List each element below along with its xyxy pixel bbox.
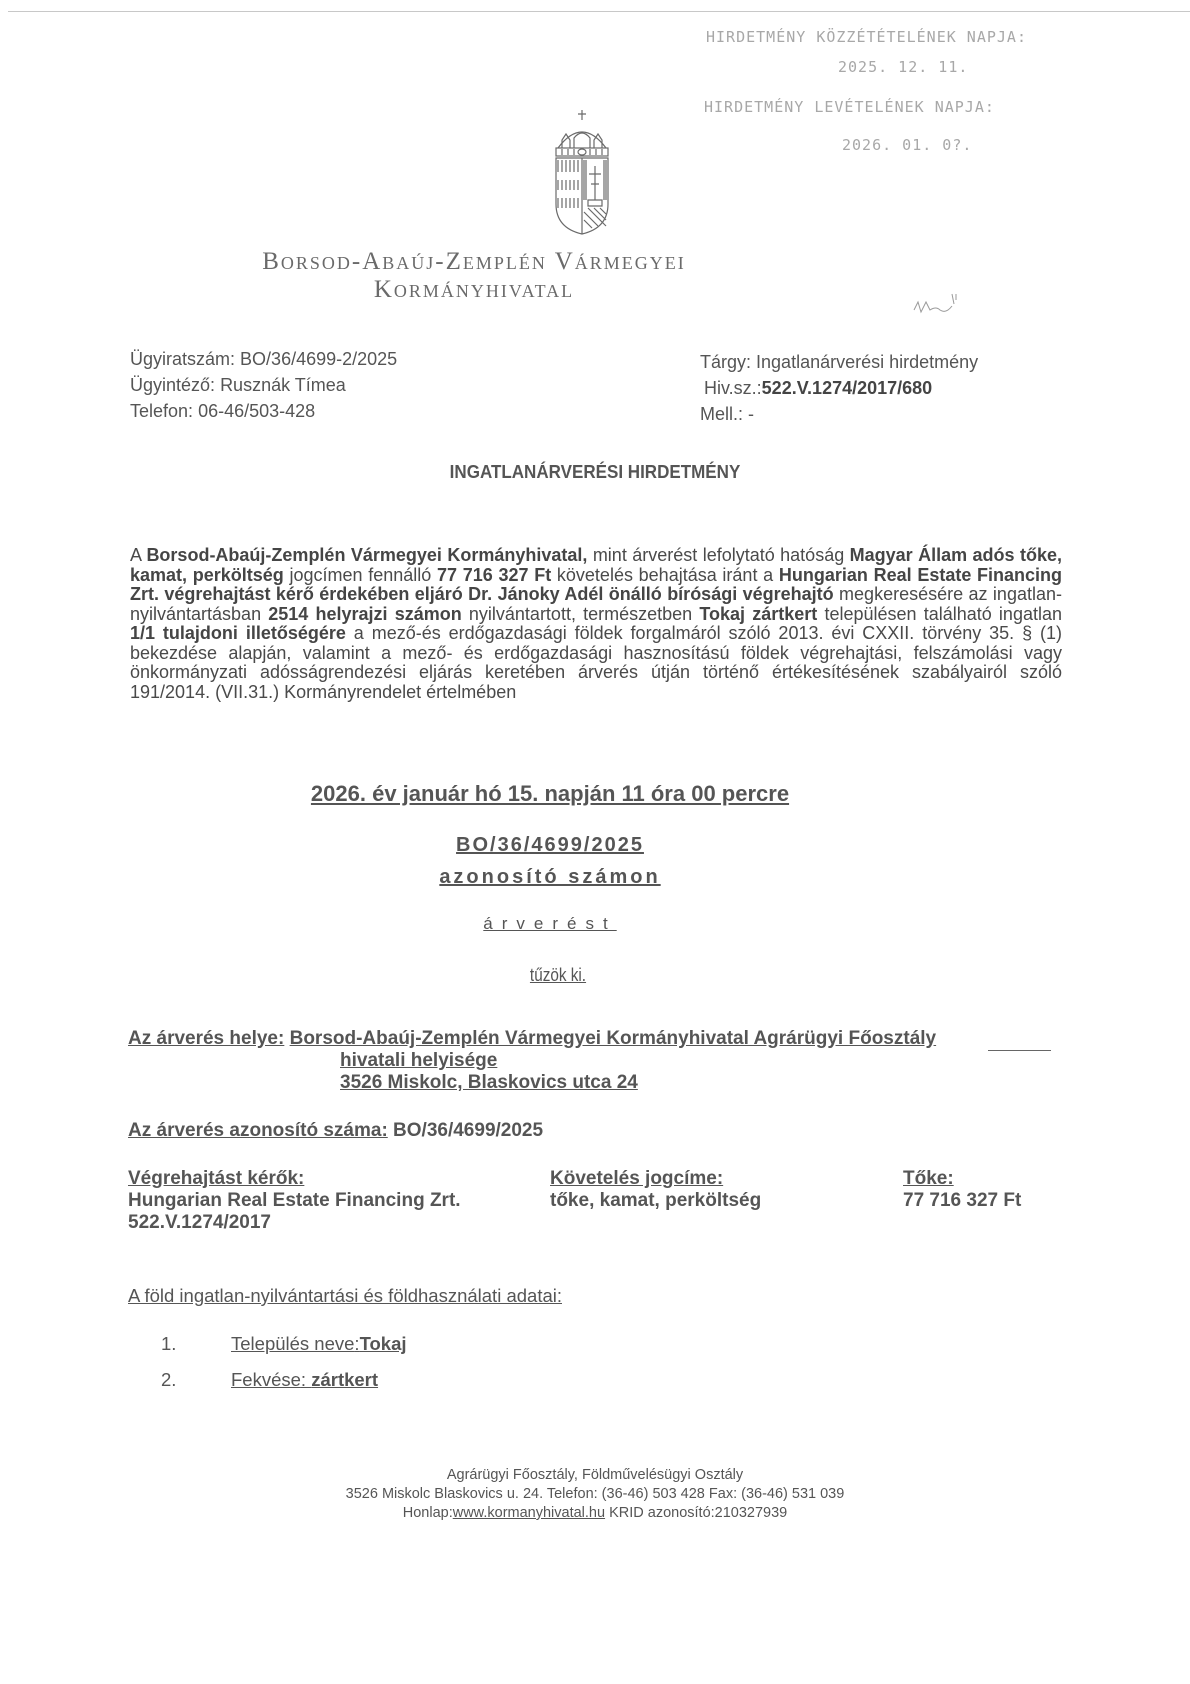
officer-name: Rusznák Tímea xyxy=(220,375,346,395)
item-label: Település neve xyxy=(231,1333,354,1354)
body-text-segment: mint árverést lefolytató hatóság xyxy=(587,545,849,565)
case-meta-left: Ügyiratszám: BO/36/4699-2/2025 Ügyintéző… xyxy=(130,346,397,424)
auction-place: Az árverés helye: Borsod-Abaúj-Zemplén V… xyxy=(128,1028,936,1050)
case-number: BO/36/4699-2/2025 xyxy=(240,349,397,369)
body-text-segment: jogcímen fennálló xyxy=(284,565,437,585)
auction-place-line1: Borsod-Abaúj-Zemplén Vármegyei Kormányhi… xyxy=(290,1028,937,1049)
body-text-segment: településen található ingatlan xyxy=(817,604,1062,624)
auction-date-time: 2026. év január hó 15. napján 11 óra 00 … xyxy=(0,781,1100,807)
footer: Agrárügyi Főosztály, Földművelésügyi Osz… xyxy=(0,1466,1190,1523)
phone-number: 06-46/503-428 xyxy=(198,401,315,421)
handwritten-note-publication-label: HIRDETMÉNY KÖZZÉTÉTELÉNEK NAPJA: xyxy=(706,28,1027,46)
body-paragraph: A Borsod-Abaúj-Zemplén Vármegyei Kormány… xyxy=(130,546,1062,702)
handwritten-note-removal-label: HIRDETMÉNY LEVÉTELÉNEK NAPJA: xyxy=(704,98,995,116)
case-number-label: Ügyiratszám: xyxy=(130,349,235,369)
land-data-heading: A föld ingatlan-nyilvántartási és földha… xyxy=(128,1285,562,1307)
item-separator: : xyxy=(301,1369,311,1390)
website-link[interactable]: www.kormanyhivatal.hu xyxy=(453,1505,605,1521)
footer-department: Agrárügyi Főosztály, Földművelésügyi Osz… xyxy=(0,1466,1190,1485)
handwritten-note-removal-date: 2026. 01. 0?. xyxy=(842,136,972,154)
item-number: 2. xyxy=(161,1369,176,1391)
krid-id: KRID azonosító:210327939 xyxy=(605,1505,787,1521)
auction-id-row: Az árverés azonosító száma: BO/36/4699/2… xyxy=(128,1120,543,1142)
signature-scribble xyxy=(912,292,962,316)
item-label: Fekvése xyxy=(231,1369,301,1390)
ownership-share: 1/1 tulajdoni illetőségére xyxy=(130,623,346,643)
claim-title-header: Követelés jogcíme: xyxy=(550,1168,761,1190)
creditor-reference: 522.V.1274/2017 xyxy=(128,1212,461,1234)
parcel-number: 2514 helyrajzi számon xyxy=(268,604,461,624)
auction-place-line2: hivatali helyisége xyxy=(340,1050,497,1072)
handwritten-note-publication-date: 2025. 12. 11. xyxy=(838,58,968,76)
auction-place-address: 3526 Miskolc, Blaskovics utca 24 xyxy=(340,1072,638,1094)
hungarian-coat-of-arms-icon xyxy=(548,108,616,236)
attachment-label: Mell.: xyxy=(700,404,743,424)
creditor-header: Végrehajtást kérők: xyxy=(128,1168,461,1190)
claim-title-value: tőke, kamat, perköltség xyxy=(550,1190,761,1212)
body-text-segment: A xyxy=(130,545,146,565)
reference-number: 522.V.1274/2017/680 xyxy=(762,378,933,398)
auction-identifier-suffix: azonosító számon xyxy=(0,866,1100,889)
principal-header: Tőke: xyxy=(903,1168,1021,1190)
item-number: 1. xyxy=(161,1333,176,1355)
attachment-value: - xyxy=(748,404,754,424)
auction-id-value: BO/36/4699/2025 xyxy=(393,1120,543,1141)
case-number-row: Ügyiratszám: BO/36/4699-2/2025 xyxy=(130,346,397,372)
footer-web-row: Honlap:www.kormanyhivatal.hu KRID azonos… xyxy=(0,1504,1190,1523)
claim-amount: 77 716 327 Ft xyxy=(437,565,551,585)
body-text-segment: követelés behajtása iránt a xyxy=(551,565,779,585)
principal-column: Tőke: 77 716 327 Ft xyxy=(903,1168,1021,1212)
subject-row: Tárgy: Ingatlanárverési hirdetmény xyxy=(700,349,978,375)
property-location: Tokaj zártkert xyxy=(699,604,817,624)
subject: Ingatlanárverési hirdetmény xyxy=(756,352,978,372)
body-text-segment: nyilvántartott, természetben xyxy=(462,604,700,624)
organization-name-line2: Kormányhivatal xyxy=(0,276,948,304)
footer-contact: 3526 Miskolc Blaskovics u. 24. Telefon: … xyxy=(0,1485,1190,1504)
officer-label: Ügyintéző: xyxy=(130,375,215,395)
claim-title-column: Követelés jogcíme: tőke, kamat, perkölts… xyxy=(550,1168,761,1212)
underline-filler xyxy=(988,1050,1051,1051)
phone-label: Telefon: xyxy=(130,401,193,421)
website-label: Honlap: xyxy=(403,1505,453,1521)
document-title: INGATLANÁRVERÉSI HIRDETMÉNY xyxy=(48,461,1143,483)
item-value: zártkert xyxy=(311,1369,378,1390)
announcement-closing: tűzök ki. xyxy=(84,965,1033,986)
authority-name: Borsod-Abaúj-Zemplén Vármegyei Kormányhi… xyxy=(146,545,587,565)
attachment-row: Mell.: - xyxy=(700,401,978,427)
case-meta-right: Tárgy: Ingatlanárverési hirdetmény Hiv.s… xyxy=(700,349,978,427)
auction-id-label: Az árverés azonosító száma: xyxy=(128,1120,388,1141)
creditor-name: Hungarian Real Estate Financing Zrt. xyxy=(128,1190,461,1212)
auction-identifier: BO/36/4699/2025 xyxy=(0,834,1100,857)
officer-row: Ügyintéző: Rusznák Tímea xyxy=(130,372,397,398)
phone-row: Telefon: 06-46/503-428 xyxy=(130,398,397,424)
subject-label: Tárgy: xyxy=(700,352,751,372)
item-value: Tokaj xyxy=(360,1333,407,1354)
auction-place-label: Az árverés helye: xyxy=(128,1028,284,1049)
creditor-column: Végrehajtást kérők: Hungarian Real Estat… xyxy=(128,1168,461,1234)
reference-label: Hiv.sz.: xyxy=(704,378,762,398)
principal-value: 77 716 327 Ft xyxy=(903,1190,1021,1212)
scan-edge-line xyxy=(8,11,1190,12)
organization-name-line1: Borsod-Abaúj-Zemplén Vármegyei xyxy=(0,248,948,276)
reference-row: Hiv.sz.:522.V.1274/2017/680 xyxy=(700,375,978,401)
auction-word: árverést xyxy=(0,914,1100,934)
